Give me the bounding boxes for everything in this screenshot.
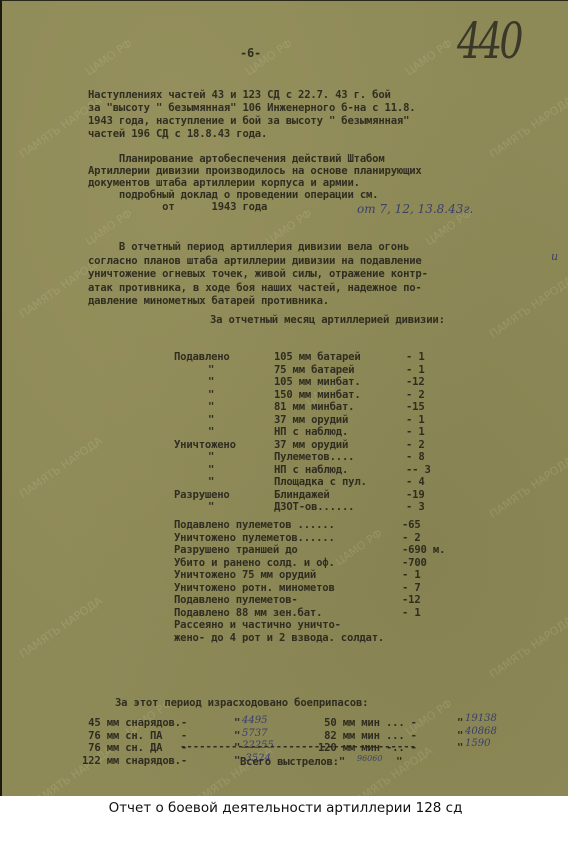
result-item: 75 мм батарей bbox=[274, 364, 354, 377]
document-scan: ЦАМО РФ ЦАМО РФ ЦАМО РФ ПАМЯТЬ НАРОДА ПА… bbox=[0, 0, 568, 796]
ammo-quote: " bbox=[457, 742, 463, 755]
watermark: ПАМЯТЬ НАРОДА bbox=[17, 594, 105, 661]
ammo-total-label: Всего выстрелов:" bbox=[240, 756, 345, 769]
text-line: давление минометных батарей противника. bbox=[88, 295, 329, 308]
watermark: ПАМЯТЬ НАРОДА bbox=[17, 434, 105, 501]
result-line: жено- до 4 рот и 2 взвода. солдат. bbox=[174, 632, 384, 645]
ammo-label: 76 мм сн. ПА - bbox=[82, 730, 187, 743]
text-line: подробный доклад о проведении операции с… bbox=[88, 189, 378, 202]
result-line: Подавлено 88 мм зен.бат. bbox=[174, 607, 322, 620]
result-item: 150 мм минбат. bbox=[274, 389, 361, 402]
ammo-value-handwritten: 19138 bbox=[465, 713, 497, 724]
text-line: от 1943 года bbox=[88, 201, 267, 214]
text-line: Планирование артобеспечения действий Шта… bbox=[88, 153, 385, 166]
page-number: -6- bbox=[240, 47, 261, 60]
ammo-quote: " bbox=[457, 730, 463, 743]
ammo-value-handwritten: 5737 bbox=[242, 728, 267, 739]
ammo-label: 50 мм мин ... - bbox=[318, 717, 417, 730]
archive-page-number: 440 bbox=[457, 12, 521, 69]
text-line: Артиллерии дивизии производилось на осно… bbox=[88, 165, 422, 178]
result-item: Пулеметов.... bbox=[274, 451, 354, 464]
result-value: -65 bbox=[402, 519, 421, 532]
result-action: " bbox=[208, 389, 214, 402]
ammo-value-handwritten: 40868 bbox=[465, 726, 497, 737]
result-action: " bbox=[208, 476, 214, 489]
result-item: 81 мм минбат. bbox=[274, 401, 354, 414]
watermark: ЦАМО РФ bbox=[333, 527, 385, 569]
result-item: ДЗОТ-ов...... bbox=[274, 501, 354, 514]
watermark: ЦАМО РФ bbox=[403, 37, 455, 79]
result-action: " bbox=[208, 426, 214, 439]
result-value: - 1 bbox=[406, 426, 425, 439]
result-line: Разрушено траншей до bbox=[174, 544, 298, 557]
ammo-total-close: " bbox=[390, 756, 402, 769]
watermark: ЦАМО РФ bbox=[83, 37, 135, 79]
ammo-label: 45 мм снарядов.- bbox=[82, 717, 187, 730]
result-item: Площадка с пул. bbox=[274, 476, 367, 489]
result-item: 105 мм минбат. bbox=[274, 376, 361, 389]
result-value: - 1 bbox=[406, 414, 425, 427]
text-line: частей 196 СД с 18.8.43 года. bbox=[88, 128, 267, 141]
result-action: Разрушено bbox=[174, 489, 230, 502]
result-action: Подавлено bbox=[174, 351, 230, 364]
result-action: " bbox=[208, 464, 214, 477]
ammo-heading: За этот период израсходовано боеприпасов… bbox=[115, 697, 368, 710]
result-value: -700 bbox=[402, 557, 427, 570]
result-value: - 1 bbox=[406, 364, 425, 377]
handwritten-dates: от 7, 12, 13.8.43г. bbox=[357, 202, 473, 216]
image-caption: Отчет о боевой деятельности артиллерии 1… bbox=[0, 800, 571, 816]
result-item: 37 мм орудий bbox=[274, 414, 348, 427]
text-line: 1943 года, наступление и бой за высоту "… bbox=[88, 115, 409, 128]
result-item: Блиндажей bbox=[274, 489, 330, 502]
result-value: - 8 bbox=[406, 451, 425, 464]
result-line: Уничтожено ротн. минометов bbox=[174, 582, 335, 595]
result-action: " bbox=[208, 401, 214, 414]
result-action: " bbox=[208, 451, 214, 464]
watermark: ПАМЯТЬ НАРОДА bbox=[487, 274, 568, 341]
result-item: 105 мм батарей bbox=[274, 351, 361, 364]
result-value: -19 bbox=[406, 489, 425, 502]
result-line: Убито и ранено солд. и оф. bbox=[174, 557, 335, 570]
ammo-quote: " bbox=[457, 717, 463, 730]
result-value: - 3 bbox=[406, 501, 425, 514]
result-value: - 4 bbox=[406, 476, 425, 489]
ammo-label: 76 мм сн. ДА - bbox=[82, 742, 187, 755]
section-heading: За отчетный месяц артиллерией дивизии: bbox=[210, 314, 445, 327]
text-line: документов штаба артиллерии корпуса и ар… bbox=[88, 177, 360, 190]
result-value: -690 м. bbox=[402, 544, 445, 557]
watermark: ПАМЯТЬ НАРОДА bbox=[487, 94, 568, 161]
result-item: 37 мм орудий bbox=[274, 439, 348, 452]
result-value: - 1 bbox=[402, 569, 421, 582]
watermark: ПАМЯТЬ НАРОДА bbox=[487, 614, 568, 681]
ammo-total-value: 96060 bbox=[357, 754, 382, 763]
result-value: - 2 bbox=[402, 532, 421, 545]
result-value: - 1 bbox=[406, 351, 425, 364]
ammo-value-handwritten: 4495 bbox=[242, 715, 267, 726]
ammo-quote: " bbox=[234, 717, 240, 730]
result-line: Уничтожено пулеметов...... bbox=[174, 532, 335, 545]
text-line: уничтожение огневых точек, живой силы, о… bbox=[88, 268, 428, 281]
result-value: - 1 bbox=[402, 607, 421, 620]
text-line: В отчетный период артиллерия дивизии вел… bbox=[88, 241, 409, 254]
watermark: ПАМЯТЬ НАРОДА bbox=[487, 454, 568, 521]
text-line: за "высоту " безымянная" 106 Инженерного… bbox=[88, 102, 415, 115]
result-action: " bbox=[208, 414, 214, 427]
result-item: НП с наблюд. bbox=[274, 426, 348, 439]
result-value: - 7 bbox=[402, 582, 421, 595]
result-value: - 2 bbox=[406, 389, 425, 402]
result-value: -- 3 bbox=[406, 464, 431, 477]
text-line: согласно планов штаба артиллерии дивизии… bbox=[88, 255, 422, 268]
ammo-divider: ------------------------------------- bbox=[180, 741, 416, 754]
result-action: " bbox=[208, 501, 214, 514]
ammo-label: 122 мм снарядов.- bbox=[82, 755, 187, 768]
result-value: -15 bbox=[406, 401, 425, 414]
result-line: Подавлено пулеметов- bbox=[174, 594, 298, 607]
result-value: -12 bbox=[406, 376, 425, 389]
result-action: " bbox=[208, 376, 214, 389]
result-action: Уничтожено bbox=[174, 439, 236, 452]
result-item: НП с наблюд. bbox=[274, 464, 348, 477]
result-value: -12 bbox=[402, 594, 421, 607]
text-line: Наступлениях частей 43 и 123 СД с 22.7. … bbox=[88, 89, 391, 102]
result-value: - 2 bbox=[406, 439, 425, 452]
result-line: Подавлено пулеметов ...... bbox=[174, 519, 335, 532]
text-line: атак противника, в ходе боя наших частей… bbox=[88, 282, 422, 295]
handwritten-insert: и bbox=[551, 250, 558, 263]
ammo-value-handwritten: 1590 bbox=[465, 738, 490, 749]
result-line: Уничтожено 75 мм орудий bbox=[174, 569, 316, 582]
result-line: Рассеяно и частично уничто- bbox=[174, 619, 341, 632]
result-action: " bbox=[208, 364, 214, 377]
